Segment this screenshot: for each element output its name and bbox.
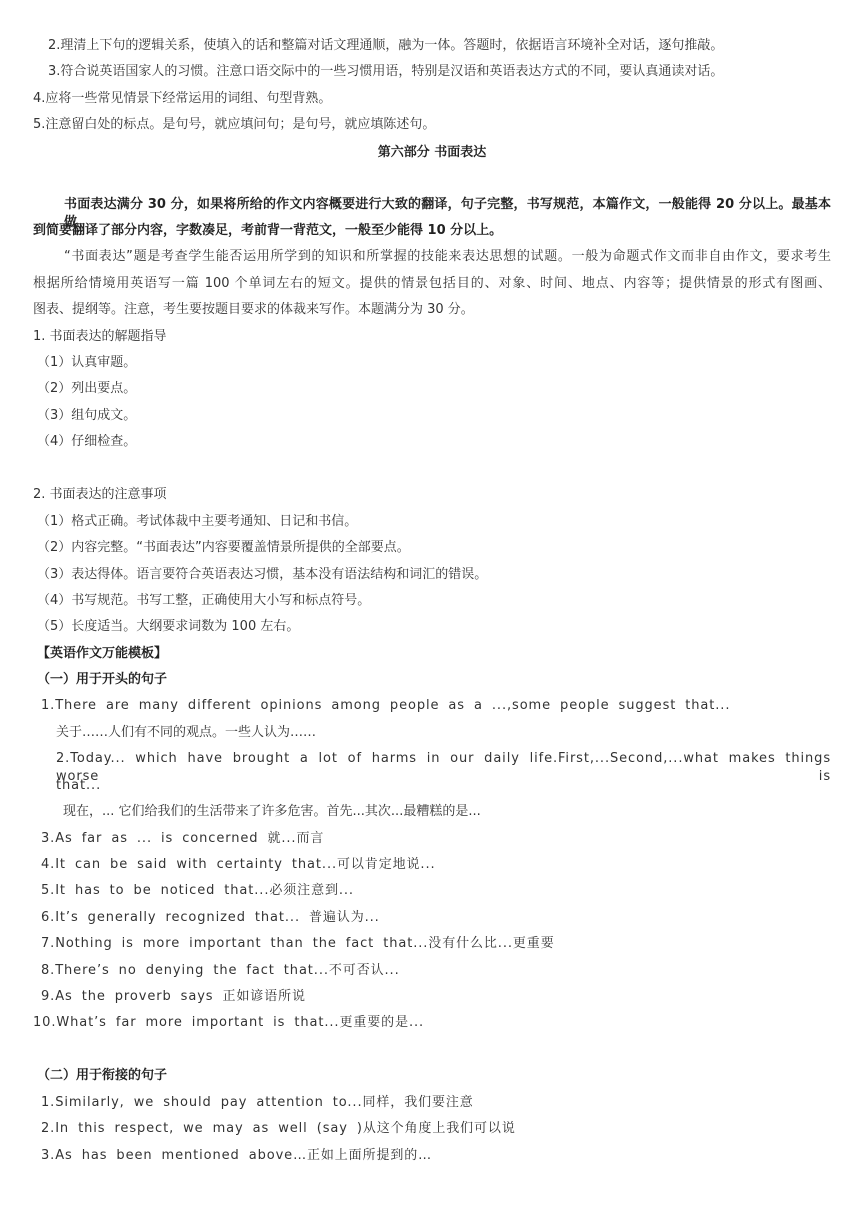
opening-sentence-8: 8.There’s no denying the fact that...不可否… [41,962,400,980]
opening-sentence-2-en-cont: that... [56,777,101,795]
linking-sentence-3: 3.As has been mentioned above…正如上面所提到的… [41,1147,432,1165]
guide-step-2: （2）列出要点。 [37,380,136,398]
opening-sentence-2-en: 2.Today... which have brought a lot of h… [56,750,831,786]
tip-2: 2.理清上下句的逻辑关系，使填入的话和整篇对话文理通顺，融为一体。答题时，依据语… [48,37,723,55]
tip-4: 4.应将一些常见情景下经常运用的词组、句型背熟。 [33,90,331,108]
note-item-1: （1）格式正确。考试体裁中主要考通知、日记和书信。 [37,513,357,531]
linking-heading: （二）用于衔接的句子 [37,1067,167,1085]
section-title: 第六部分 书面表达 [0,144,864,162]
intro-para-line-1: “书面表达”题是考查学生能否运用所学到的知识和所掌握的技能来表达思想的试题。一般… [64,248,831,266]
intro-para-line-3: 图表、提纲等。注意，考生要按题目要求的体裁来写作。本题满分为 30 分。 [33,301,474,319]
notes-heading: 2. 书面表达的注意事项 [33,486,167,504]
opening-sentence-2-cn: 现在，... 它们给我们的生活带来了许多危害。首先...其次...最糟糕的是..… [63,803,481,821]
note-item-3: （3）表达得体。语言要符合英语表达习惯，基本没有语法结构和词汇的错误。 [37,566,487,584]
opening-sentence-4: 4.It can be said with certainty that...可… [41,856,436,874]
linking-sentence-1: 1.Similarly, we should pay attention to.… [41,1094,474,1112]
guide-heading: 1. 书面表达的解题指导 [33,328,167,346]
guide-step-3: （3）组句成文。 [37,407,136,425]
tip-3: 3.符合说英语国家人的习惯。注意口语交际中的一些习惯用语，特别是汉语和英语表达方… [48,63,723,81]
tip-5: 5.注意留白处的标点。是句号，就应填问句；是句号，就应填陈述句。 [33,116,435,134]
opening-sentence-9: 9.As the proverb says 正如谚语所说 [41,988,306,1006]
note-item-4: （4）书写规范。书写工整，正确使用大小写和标点符号。 [37,592,370,610]
linking-sentence-2: 2.In this respect, we may as well (say )… [41,1120,516,1138]
opening-sentence-5: 5.It has to be noticed that...必须注意到... [41,882,354,900]
opening-sentence-1-cn: 关于……人们有不同的观点。一些人认为…… [56,724,316,742]
opening-sentence-6: 6.It’s generally recognized that... 普遍认为… [41,909,380,927]
opening-sentence-10: 10.What’s far more important is that...更… [33,1014,424,1032]
opening-sentence-3: 3.As far as ... is concerned 就...而言 [41,830,324,848]
intro-para-line-2: 根据所给情境用英语写一篇 100 个单词左右的短文。提供的情景包括目的、对象、时… [33,275,831,293]
template-heading: 【英语作文万能模板】 [37,645,167,663]
note-item-5: （5）长度适当。大纲要求词数为 100 左右。 [37,618,299,636]
note-item-2: （2）内容完整。“书面表达”内容要覆盖情景所提供的全部要点。 [37,539,410,557]
guide-step-1: （1）认真审题。 [37,354,136,372]
opening-heading: （一）用于开头的句子 [37,671,167,689]
opening-sentence-1-en: 1.There are many different opinions amon… [41,697,730,715]
guide-step-4: （4）仔细检查。 [37,433,136,451]
scoring-para-line-2: 到简要翻译了部分内容，字数凑足，考前背一背范文，一般至少能得 10 分以上。 [33,222,502,240]
opening-sentence-7: 7.Nothing is more important than the fac… [41,935,555,953]
